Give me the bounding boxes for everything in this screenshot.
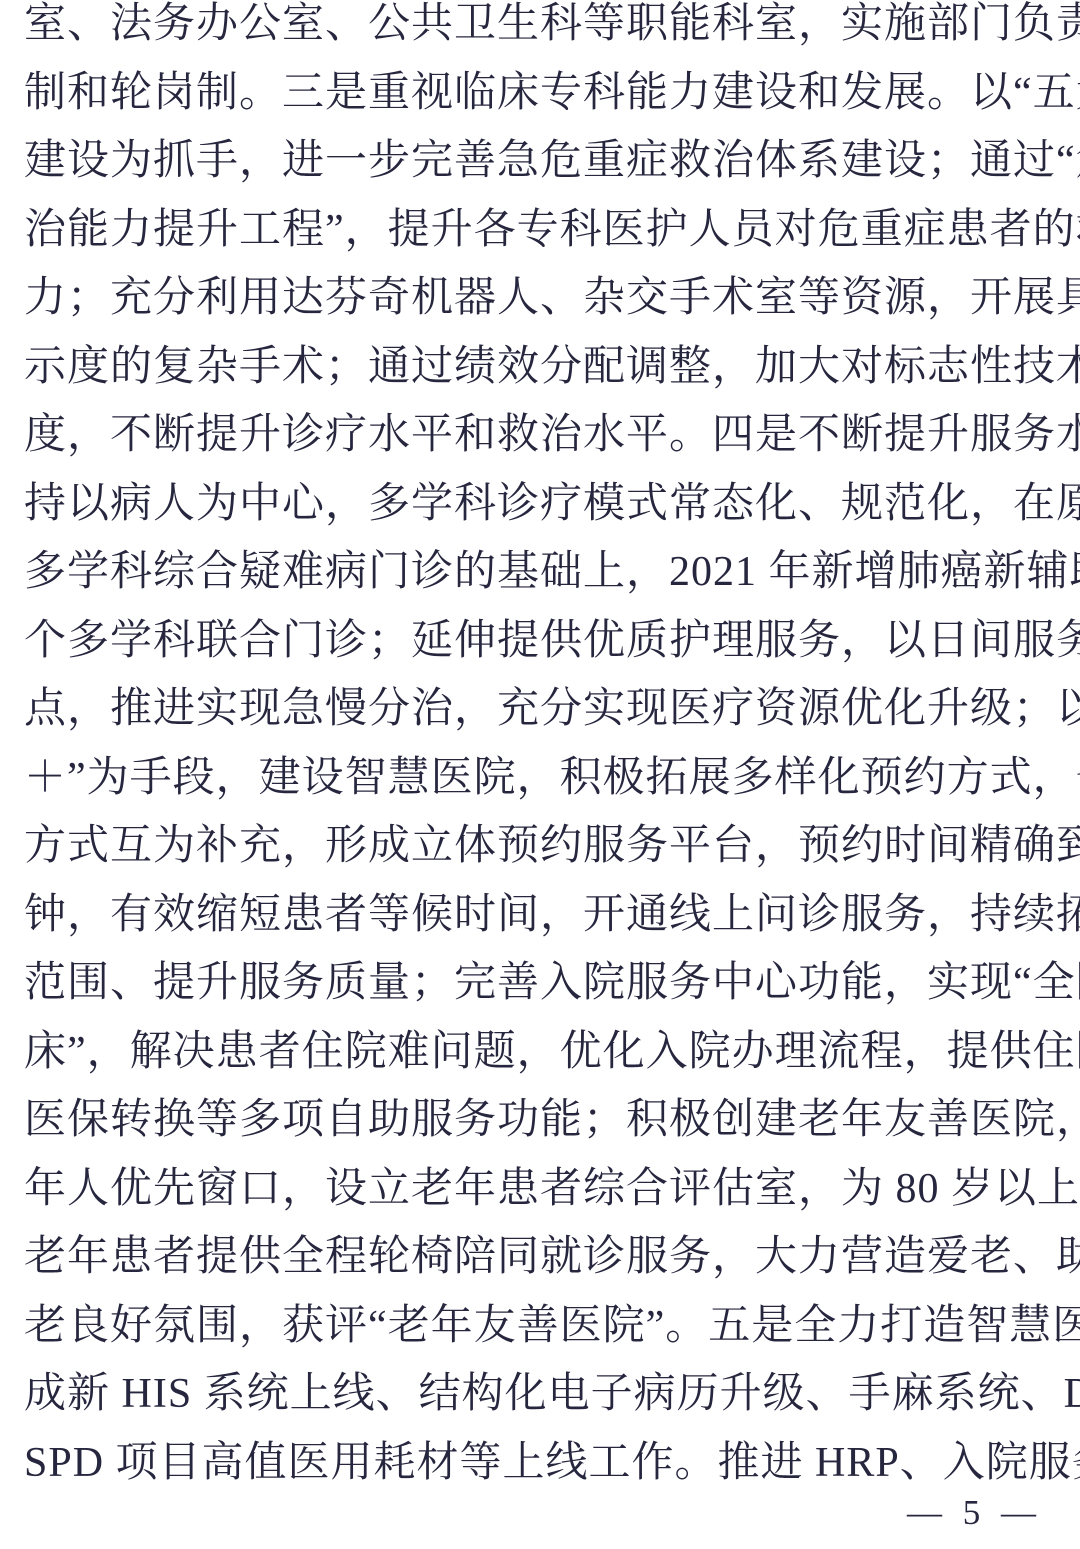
text-line: 方式互为补充，形成立体预约服务平台，预约时间精确到 30 分	[24, 812, 1058, 881]
text-line: 年人优先窗口，设立老年患者综合评估室，为 80 岁以上无陪护的	[24, 1155, 1058, 1224]
text-line: 制和轮岗制。三是重视临床专科能力建设和发展。以“五大中心”	[24, 59, 1058, 128]
text-line: 钟，有效缩短患者等候时间，开通线上问诊服务，持续拓展服务	[24, 881, 1058, 950]
text-line: 持以病人为中心，多学科诊疗模式常态化、规范化，在原有 16 个	[24, 470, 1058, 539]
text-line: 个多学科联合门诊；延伸提供优质护理服务，以日间服务为切入	[24, 607, 1058, 676]
text-line: 成新 HIS 系统上线、结构化电子病历升级、手麻系统、DRG 系统、	[24, 1360, 1058, 1429]
text-line: 范围、提升服务质量；完善入院服务中心功能，实现“全院一张	[24, 949, 1058, 1018]
text-line: 医保转换等多项自助服务功能；积极创建老年友善医院，开通老	[24, 1086, 1058, 1155]
text-line: 室、法务办公室、公共卫生科等职能科室，实施部门负责人责任	[24, 0, 1058, 59]
text-line: 力；充分利用达芬奇机器人、杂交手术室等资源，开展具有高显	[24, 264, 1058, 333]
text-line: 多学科综合疑难病门诊的基础上，2021 年新增肺癌新辅助治疗等 6	[24, 538, 1058, 607]
text-line: ＋”为手段，建设智慧医院，积极拓展多样化预约方式，七种预约	[24, 744, 1058, 813]
document-page: 室、法务办公室、公共卫生科等职能科室，实施部门负责人责任制和轮岗制。三是重视临床…	[0, 0, 1080, 1549]
page-number: — 5 —	[907, 1493, 1042, 1533]
text-line: 床”，解决患者住院难问题，优化入院办理流程，提供住院交费、	[24, 1018, 1058, 1087]
text-line: 度，不断提升诊疗水平和救治水平。四是不断提升服务水平。坚	[24, 401, 1058, 470]
text-line: SPD 项目高值医用耗材等上线工作。推进 HRP、入院服务中心、	[24, 1429, 1058, 1498]
text-line: 治能力提升工程”，提升各专科医护人员对危重症患者的救治能	[24, 196, 1058, 265]
body-text: 室、法务办公室、公共卫生科等职能科室，实施部门负责人责任制和轮岗制。三是重视临床…	[24, 0, 1058, 1497]
text-line: 老年患者提供全程轮椅陪同就诊服务，大力营造爱老、助老、敬	[24, 1223, 1058, 1292]
text-line: 示度的复杂手术；通过绩效分配调整，加大对标志性技术扶持力	[24, 333, 1058, 402]
text-line: 点，推进实现急慢分治，充分实现医疗资源优化升级；以“互联网	[24, 675, 1058, 744]
text-line: 建设为抓手，进一步完善急危重症救治体系建设；通过“危重症救	[24, 127, 1058, 196]
text-line: 老良好氛围，获评“老年友善医院”。五是全力打造智慧医院。完	[24, 1292, 1058, 1361]
